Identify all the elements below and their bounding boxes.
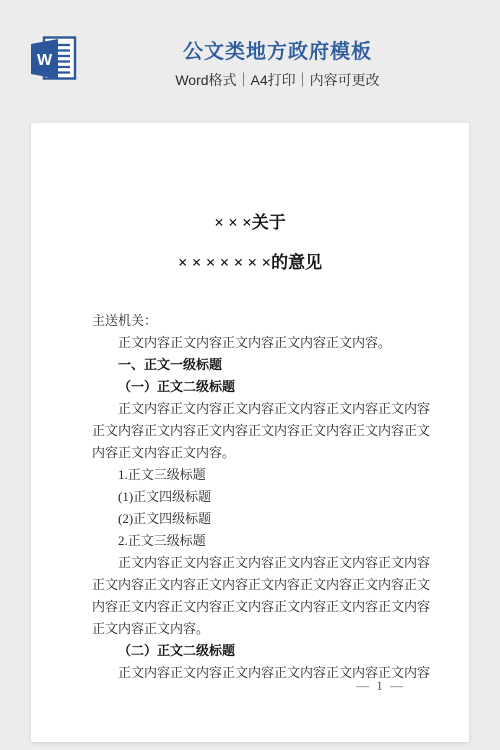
- doc-heading2-first: （一）正文二级标题: [92, 376, 430, 398]
- template-preview-screen: W 公文类地方政府模板 Word格式｜A4打印｜内容可更改 × × ×关于 × …: [0, 0, 500, 750]
- doc-title-line2: × × × × × × ×的意见: [31, 253, 469, 273]
- header-text: 公文类地方政府模板 Word格式｜A4打印｜内容可更改: [55, 40, 500, 88]
- doc-title: × × ×关于 × × × × × × ×的意见: [31, 123, 469, 273]
- doc-intro-paragraph: 正文内容正文内容正文内容正文内容正文内容。: [92, 332, 430, 354]
- doc-heading4-second: (2)正文四级标题: [92, 508, 430, 530]
- doc-paragraph-2: 正文内容正文内容正文内容正文内容正文内容正文内容正文内容正文内容正文内容正文内容…: [92, 552, 430, 640]
- document-preview: × × ×关于 × × × × × × ×的意见 主送机关： 正文内容正文内容正…: [0, 123, 500, 742]
- page-title: 公文类地方政府模板: [55, 40, 500, 64]
- doc-recipient-line: 主送机关：: [92, 310, 430, 332]
- doc-heading3-second: 2.正文三级标题: [92, 530, 430, 552]
- page-number: — 1 —: [356, 678, 405, 694]
- doc-heading3-first: 1.正文三级标题: [92, 464, 430, 486]
- word-icon-letter: W: [37, 52, 53, 69]
- doc-heading2-second: （二）正文二级标题: [92, 640, 430, 662]
- header: W 公文类地方政府模板 Word格式｜A4打印｜内容可更改: [0, 0, 500, 123]
- doc-title-line1: × × ×关于: [31, 213, 469, 233]
- doc-paragraph-1: 正文内容正文内容正文内容正文内容正文内容正文内容正文内容正文内容正文内容正文内容…: [92, 398, 430, 464]
- doc-heading1: 一、正文一级标题: [92, 354, 430, 376]
- doc-body: 主送机关： 正文内容正文内容正文内容正文内容正文内容。 一、正文一级标题 （一）…: [31, 310, 469, 684]
- doc-heading4-first: (1)正文四级标题: [92, 486, 430, 508]
- page-subtitle: Word格式｜A4打印｜内容可更改: [55, 72, 500, 88]
- document-page[interactable]: × × ×关于 × × × × × × ×的意见 主送机关： 正文内容正文内容正…: [31, 123, 469, 742]
